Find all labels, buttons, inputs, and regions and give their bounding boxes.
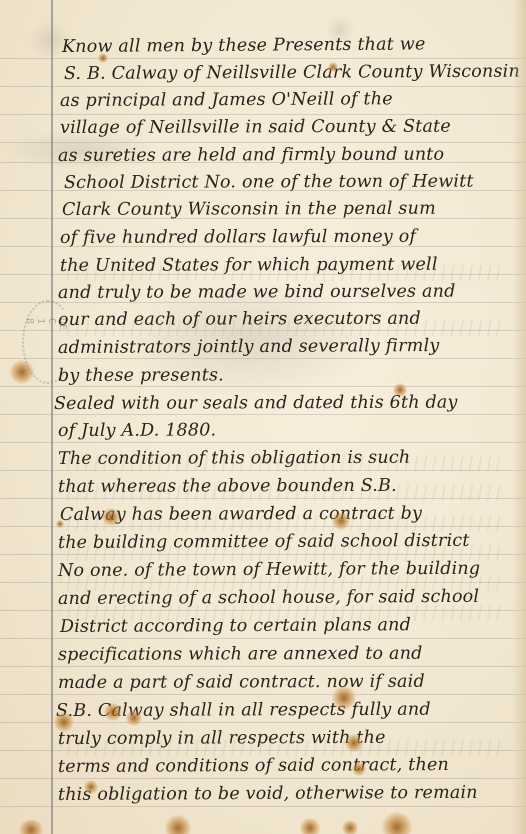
text-line: Know all men by these Presents that we: [62, 34, 426, 57]
stain: [10, 360, 34, 384]
stain: [393, 383, 407, 397]
stain: [165, 815, 191, 834]
stain: [84, 780, 98, 794]
stain: [18, 820, 44, 834]
stain: [328, 62, 338, 72]
stain: [342, 820, 358, 834]
text-line: Clark County Wisconsin in the penal sum: [62, 199, 436, 220]
stain: [382, 812, 412, 834]
handwritten-text: Know all men by these Presents that we S…: [58, 0, 518, 834]
text-line: made a part of said contract. now if sai…: [58, 672, 425, 693]
stain: [102, 508, 120, 526]
stain: [98, 53, 108, 63]
margin-line: [51, 0, 53, 834]
stain: [300, 818, 320, 834]
text-line: S. B. Calway of Neillsville Clark County…: [64, 62, 520, 84]
stain: [56, 520, 64, 528]
text-line: of five hundred dollars lawful money of: [60, 227, 416, 248]
stain: [104, 703, 122, 721]
text-line: our and each of our heirs executors and: [58, 309, 421, 330]
text-line: terms and conditions of said contract, t…: [58, 755, 449, 777]
text-line: the building committee of said school di…: [58, 531, 470, 553]
text-line: School District No. one of the town of H…: [64, 172, 474, 193]
stain: [345, 734, 363, 752]
stain: [126, 710, 142, 726]
text-line: by these presents.: [58, 365, 224, 386]
text-line: this obligation to be void, otherwise to…: [58, 783, 478, 805]
text-line: the United States for which payment well: [60, 255, 438, 276]
text-line: village of Neillsville in said County & …: [60, 117, 451, 138]
text-line: administrators jointly and severally fir…: [58, 336, 440, 358]
stain: [332, 686, 356, 710]
text-line: as principal and James O'Neill of the: [60, 89, 393, 111]
text-line: No one. of the town of Hewitt, for the b…: [58, 559, 480, 581]
text-line: specifications which are annexed to and: [58, 644, 423, 665]
stain: [54, 712, 74, 732]
text-line: that whereas the above bounden S.B.: [58, 476, 397, 497]
text-line: truly comply in all respects with the: [58, 728, 386, 749]
text-line: of July A.D. 1880.: [58, 420, 216, 441]
text-line: and erecting of a school house, for said…: [58, 587, 479, 609]
text-line: and truly to be made we bind ourselves a…: [58, 282, 456, 303]
text-line: The condition of this obligation is such: [58, 448, 410, 469]
stain: [352, 762, 366, 776]
document-page: DEC 1 8 Know all men by these Presents t…: [0, 0, 526, 834]
stain: [332, 512, 350, 530]
text-line: District according to certain plans and: [60, 615, 411, 637]
text-line: as sureties are held and firmly bound un…: [58, 145, 444, 166]
